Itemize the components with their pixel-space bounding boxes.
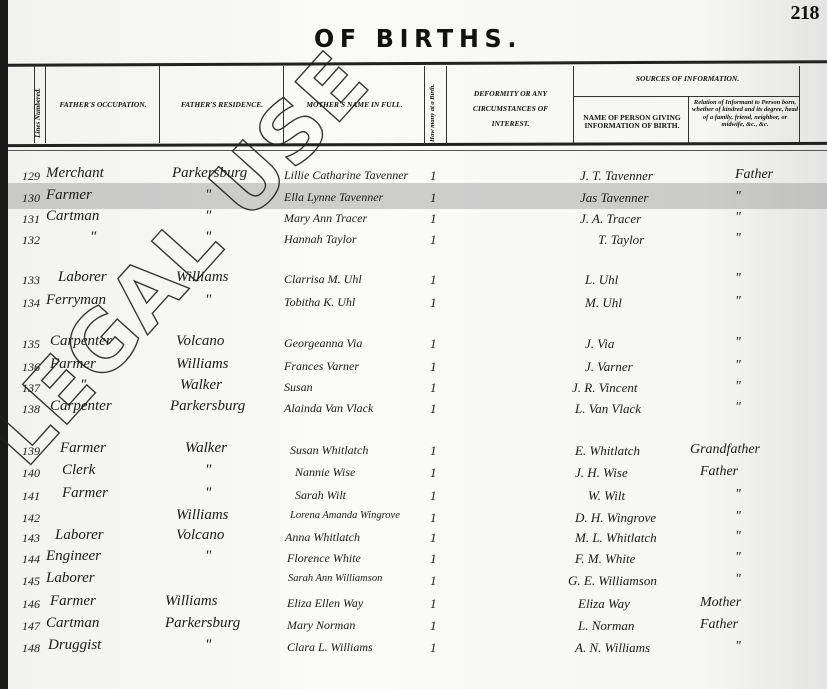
informant-name: L. Norman <box>578 618 634 634</box>
birth-count: 1 <box>430 380 437 396</box>
line-number: 136 <box>22 360 40 375</box>
informant-name: E. Whitlatch <box>575 443 640 459</box>
header-cell-occupation: FATHER'S OCCUPATION. <box>45 66 159 143</box>
line-number: 139 <box>22 444 40 459</box>
informant-relation: Grandfather <box>690 442 760 458</box>
table-row[interactable]: 145 Laborer Sarah Ann Williamson 1 G. E.… <box>0 570 827 592</box>
informant-relation: " <box>735 487 741 503</box>
table-row[interactable]: 129 Merchant Parkersburg Lillie Catharin… <box>0 165 827 187</box>
fathers-residence: Williams <box>176 507 229 524</box>
header-sources-of-information: SOURCES OF INFORMATION. <box>574 74 801 83</box>
fathers-residence: Williams <box>165 593 218 610</box>
informant-name: A. N. Williams <box>575 640 650 656</box>
informant-relation: " <box>735 271 741 287</box>
birth-count: 1 <box>430 359 437 375</box>
table-row[interactable]: 135 Carpenter Volcano Georgeanna Via 1 J… <box>0 333 827 355</box>
informant-name: M. Uhl <box>585 295 622 311</box>
fathers-occupation: Carpenter <box>50 398 112 415</box>
informant-name: D. H. Wingrove <box>575 510 656 526</box>
informant-name: F. M. White <box>575 551 635 567</box>
table-row[interactable]: 148 Druggist " Clara L. Williams 1 A. N.… <box>0 637 827 659</box>
informant-relation: " <box>735 294 741 310</box>
line-number: 144 <box>22 552 40 567</box>
mothers-name: Mary Ann Tracer <box>284 211 367 226</box>
informant-relation: " <box>735 335 741 351</box>
birth-count: 1 <box>430 640 437 656</box>
fathers-residence: Williams <box>176 356 229 373</box>
fathers-occupation: Laborer <box>46 570 95 587</box>
fathers-residence: Walker <box>185 440 227 457</box>
mothers-name: Susan <box>284 380 313 395</box>
fathers-residence: " <box>205 292 211 309</box>
fathers-residence: " <box>205 187 211 204</box>
birth-count: 1 <box>430 295 437 311</box>
header-sources-rule <box>573 96 800 97</box>
fathers-occupation: Cartman <box>46 615 99 632</box>
line-number: 148 <box>22 641 40 656</box>
informant-relation: Father <box>735 167 773 183</box>
informant-name: J. Varner <box>585 359 633 375</box>
header-fathers-occupation: FATHER'S OCCUPATION. <box>46 100 160 109</box>
fathers-occupation: Carpenter <box>50 333 112 350</box>
mothers-name: Eliza Ellen Way <box>287 596 363 611</box>
table-row[interactable]: 141 Farmer " Sarah Wilt 1 W. Wilt " <box>0 485 827 507</box>
fathers-residence: " <box>205 208 211 225</box>
mothers-name: Mary Norman <box>287 618 355 633</box>
fathers-occupation: " <box>90 229 96 246</box>
header-how-many: How many at a Birth. <box>429 84 436 142</box>
fathers-occupation: Farmer <box>50 593 96 610</box>
fathers-occupation: Farmer <box>50 356 96 373</box>
birth-count: 1 <box>430 510 437 526</box>
informant-name: J. T. Tavenner <box>580 168 653 184</box>
informant-relation: " <box>735 358 741 374</box>
fathers-residence: " <box>205 548 211 565</box>
header-mothers-name: MOTHER'S NAME IN FULL. <box>284 100 425 109</box>
table-row[interactable]: 143 Laborer Volcano Anna Whitlatch 1 M. … <box>0 527 827 549</box>
header-cell-mother: MOTHER'S NAME IN FULL. <box>283 66 424 143</box>
line-number: 138 <box>22 402 40 417</box>
informant-relation: " <box>735 639 741 655</box>
table-row[interactable]: 131 Cartman " Mary Ann Tracer 1 J. A. Tr… <box>0 208 827 230</box>
table-row[interactable]: 138 Carpenter Parkersburg Alainda Van Vl… <box>0 398 827 420</box>
informant-name: J. H. Wise <box>575 465 628 481</box>
fathers-occupation: Ferryman <box>46 292 106 309</box>
fathers-residence: " <box>205 462 211 479</box>
mothers-name: Nannie Wise <box>295 465 355 480</box>
mothers-name: Tobitha K. Uhl <box>284 295 355 310</box>
informant-name: J. Via <box>585 336 614 352</box>
birth-count: 1 <box>430 488 437 504</box>
table-row[interactable]: 144 Engineer " Florence White 1 F. M. Wh… <box>0 548 827 570</box>
header-cell-sources: SOURCES OF INFORMATION. NAME OF PERSON G… <box>573 66 800 143</box>
table-row[interactable]: 147 Cartman Parkersburg Mary Norman 1 L.… <box>0 615 827 637</box>
header-cell-line: Lines Numbered. <box>34 66 45 143</box>
birth-count: 1 <box>430 336 437 352</box>
mothers-name: Ella Lynne Tavenner <box>284 190 383 205</box>
informant-relation: Father <box>700 464 738 480</box>
fathers-occupation: Farmer <box>60 440 106 457</box>
header-deformity: DEFORMITY OR ANY CIRCUMSTANCES OF INTERE… <box>457 86 564 131</box>
line-number: 140 <box>22 466 40 481</box>
fathers-residence: Volcano <box>176 333 224 350</box>
fathers-residence: Parkersburg <box>170 398 245 415</box>
table-row[interactable]: 139 Farmer Walker Susan Whitlatch 1 E. W… <box>0 440 827 462</box>
header-cell-deformity: DEFORMITY OR ANY CIRCUMSTANCES OF INTERE… <box>446 66 573 143</box>
page-number: 218 <box>791 2 820 25</box>
line-number: 131 <box>22 212 40 227</box>
table-row[interactable]: 146 Farmer Williams Eliza Ellen Way 1 El… <box>0 593 827 615</box>
mothers-name: Sarah Wilt <box>295 488 346 503</box>
informant-relation: " <box>735 509 741 525</box>
fathers-residence: " <box>205 229 211 246</box>
table-row[interactable]: 136 Farmer Williams Frances Varner 1 J. … <box>0 356 827 378</box>
header-cell-blank <box>8 66 34 143</box>
mothers-name: Georgeanna Via <box>284 336 362 351</box>
mothers-name: Anna Whitlatch <box>285 530 360 545</box>
mothers-name: Clarrisa M. Uhl <box>284 272 362 287</box>
birth-count: 1 <box>430 618 437 634</box>
fathers-residence: Parkersburg <box>165 615 240 632</box>
mothers-name: Hannah Taylor <box>284 232 357 247</box>
header-fathers-residence: FATHER'S RESIDENCE. <box>160 100 284 109</box>
informant-name: T. Taylor <box>598 232 644 248</box>
table-row[interactable]: 132 " " Hannah Taylor 1 T. Taylor " <box>0 229 827 251</box>
informant-name: L. Van Vlack <box>575 401 641 417</box>
birth-count: 1 <box>430 465 437 481</box>
page-title: OF BIRTHS. <box>314 24 522 53</box>
fathers-occupation: Laborer <box>55 527 104 544</box>
informant-name: J. R. Vincent <box>572 380 637 396</box>
fathers-occupation: Merchant <box>46 165 104 182</box>
mothers-name: Sarah Ann Williamson <box>288 573 382 584</box>
birth-count: 1 <box>430 573 437 589</box>
informant-relation: " <box>735 231 741 247</box>
birth-count: 1 <box>430 443 437 459</box>
fathers-occupation: Clerk <box>62 462 95 479</box>
fathers-residence: Walker <box>180 377 222 394</box>
fathers-occupation: Druggist <box>48 637 101 654</box>
birth-count: 1 <box>430 190 437 206</box>
fathers-residence: Parkersburg <box>172 165 247 182</box>
birth-count: 1 <box>430 168 437 184</box>
fathers-residence: Volcano <box>176 527 224 544</box>
line-number: 130 <box>22 191 40 206</box>
informant-relation: " <box>735 189 741 205</box>
birth-count: 1 <box>430 530 437 546</box>
birth-count: 1 <box>430 232 437 248</box>
birth-count: 1 <box>430 211 437 227</box>
informant-name: J. A. Tracer <box>580 211 641 227</box>
line-number: 132 <box>22 233 40 248</box>
informant-name: G. E. Williamson <box>568 573 657 589</box>
mothers-name: Lillie Catharine Tavenner <box>284 168 408 183</box>
informant-name: M. L. Whitlatch <box>575 530 657 546</box>
birth-count: 1 <box>430 551 437 567</box>
table-row[interactable]: 142 Williams Lorena Amanda Wingrove 1 D.… <box>0 507 827 529</box>
line-number: 143 <box>22 531 40 546</box>
header-informant-name: NAME OF PERSON GIVING INFORMATION OF BIR… <box>578 114 686 130</box>
mothers-name: Clara L. Williams <box>287 640 373 655</box>
birth-count: 1 <box>430 272 437 288</box>
line-number: 147 <box>22 619 40 634</box>
table-row[interactable]: 140 Clerk " Nannie Wise 1 J. H. Wise Fat… <box>0 462 827 484</box>
fathers-residence: " <box>205 485 211 502</box>
mothers-name: Lorena Amanda Wingrove <box>290 510 400 521</box>
informant-name: Jas Tavenner <box>580 190 649 206</box>
line-number: 142 <box>22 511 40 526</box>
line-number: 145 <box>22 574 40 589</box>
line-number: 134 <box>22 296 40 311</box>
informant-name: Eliza Way <box>578 596 630 612</box>
mothers-name: Florence White <box>287 551 361 566</box>
mothers-name: Frances Varner <box>284 359 359 374</box>
informant-relation: " <box>735 529 741 545</box>
line-number: 141 <box>22 489 40 504</box>
informant-relation: " <box>735 210 741 226</box>
fathers-occupation: Laborer <box>58 269 107 286</box>
informant-relation: Father <box>700 617 738 633</box>
fathers-occupation: Farmer <box>46 187 92 204</box>
informant-name: L. Uhl <box>585 272 618 288</box>
header-thin-rule <box>8 150 827 151</box>
birth-count: 1 <box>430 401 437 417</box>
header-cell-residence: FATHER'S RESIDENCE. <box>159 66 283 143</box>
table-row[interactable]: 134 Ferryman " Tobitha K. Uhl 1 M. Uhl " <box>0 292 827 314</box>
mothers-name: Alainda Van Vlack <box>284 401 373 416</box>
informant-name: W. Wilt <box>588 488 625 504</box>
table-row[interactable]: 130 Farmer " Ella Lynne Tavenner 1 Jas T… <box>0 187 827 209</box>
line-number: 137 <box>22 381 40 396</box>
fathers-occupation: Cartman <box>46 208 99 225</box>
header-sub-divider <box>688 96 689 143</box>
line-number: 129 <box>22 169 40 184</box>
header-informant-relation: Relation of Informant to Person born, wh… <box>692 99 798 129</box>
table-row[interactable]: 133 Laborer Williams Clarrisa M. Uhl 1 L… <box>0 269 827 291</box>
informant-relation: " <box>735 572 741 588</box>
informant-relation: " <box>735 379 741 395</box>
table-row[interactable]: 137 " Walker Susan 1 J. R. Vincent " <box>0 377 827 399</box>
header-line-numbered: Lines Numbered. <box>34 88 42 138</box>
informant-relation: " <box>735 550 741 566</box>
fathers-residence: Williams <box>176 269 229 286</box>
birth-count: 1 <box>430 596 437 612</box>
line-number: 133 <box>22 273 40 288</box>
line-number: 135 <box>22 337 40 352</box>
line-number: 146 <box>22 597 40 612</box>
informant-relation: " <box>735 400 741 416</box>
mothers-name: Susan Whitlatch <box>290 443 368 458</box>
informant-relation: Mother <box>700 595 741 611</box>
fathers-residence: " <box>205 637 211 654</box>
header-cell-how-many: How many at a Birth. <box>424 66 446 143</box>
fathers-occupation: Farmer <box>62 485 108 502</box>
fathers-occupation: " <box>80 377 86 394</box>
fathers-occupation: Engineer <box>46 548 101 565</box>
